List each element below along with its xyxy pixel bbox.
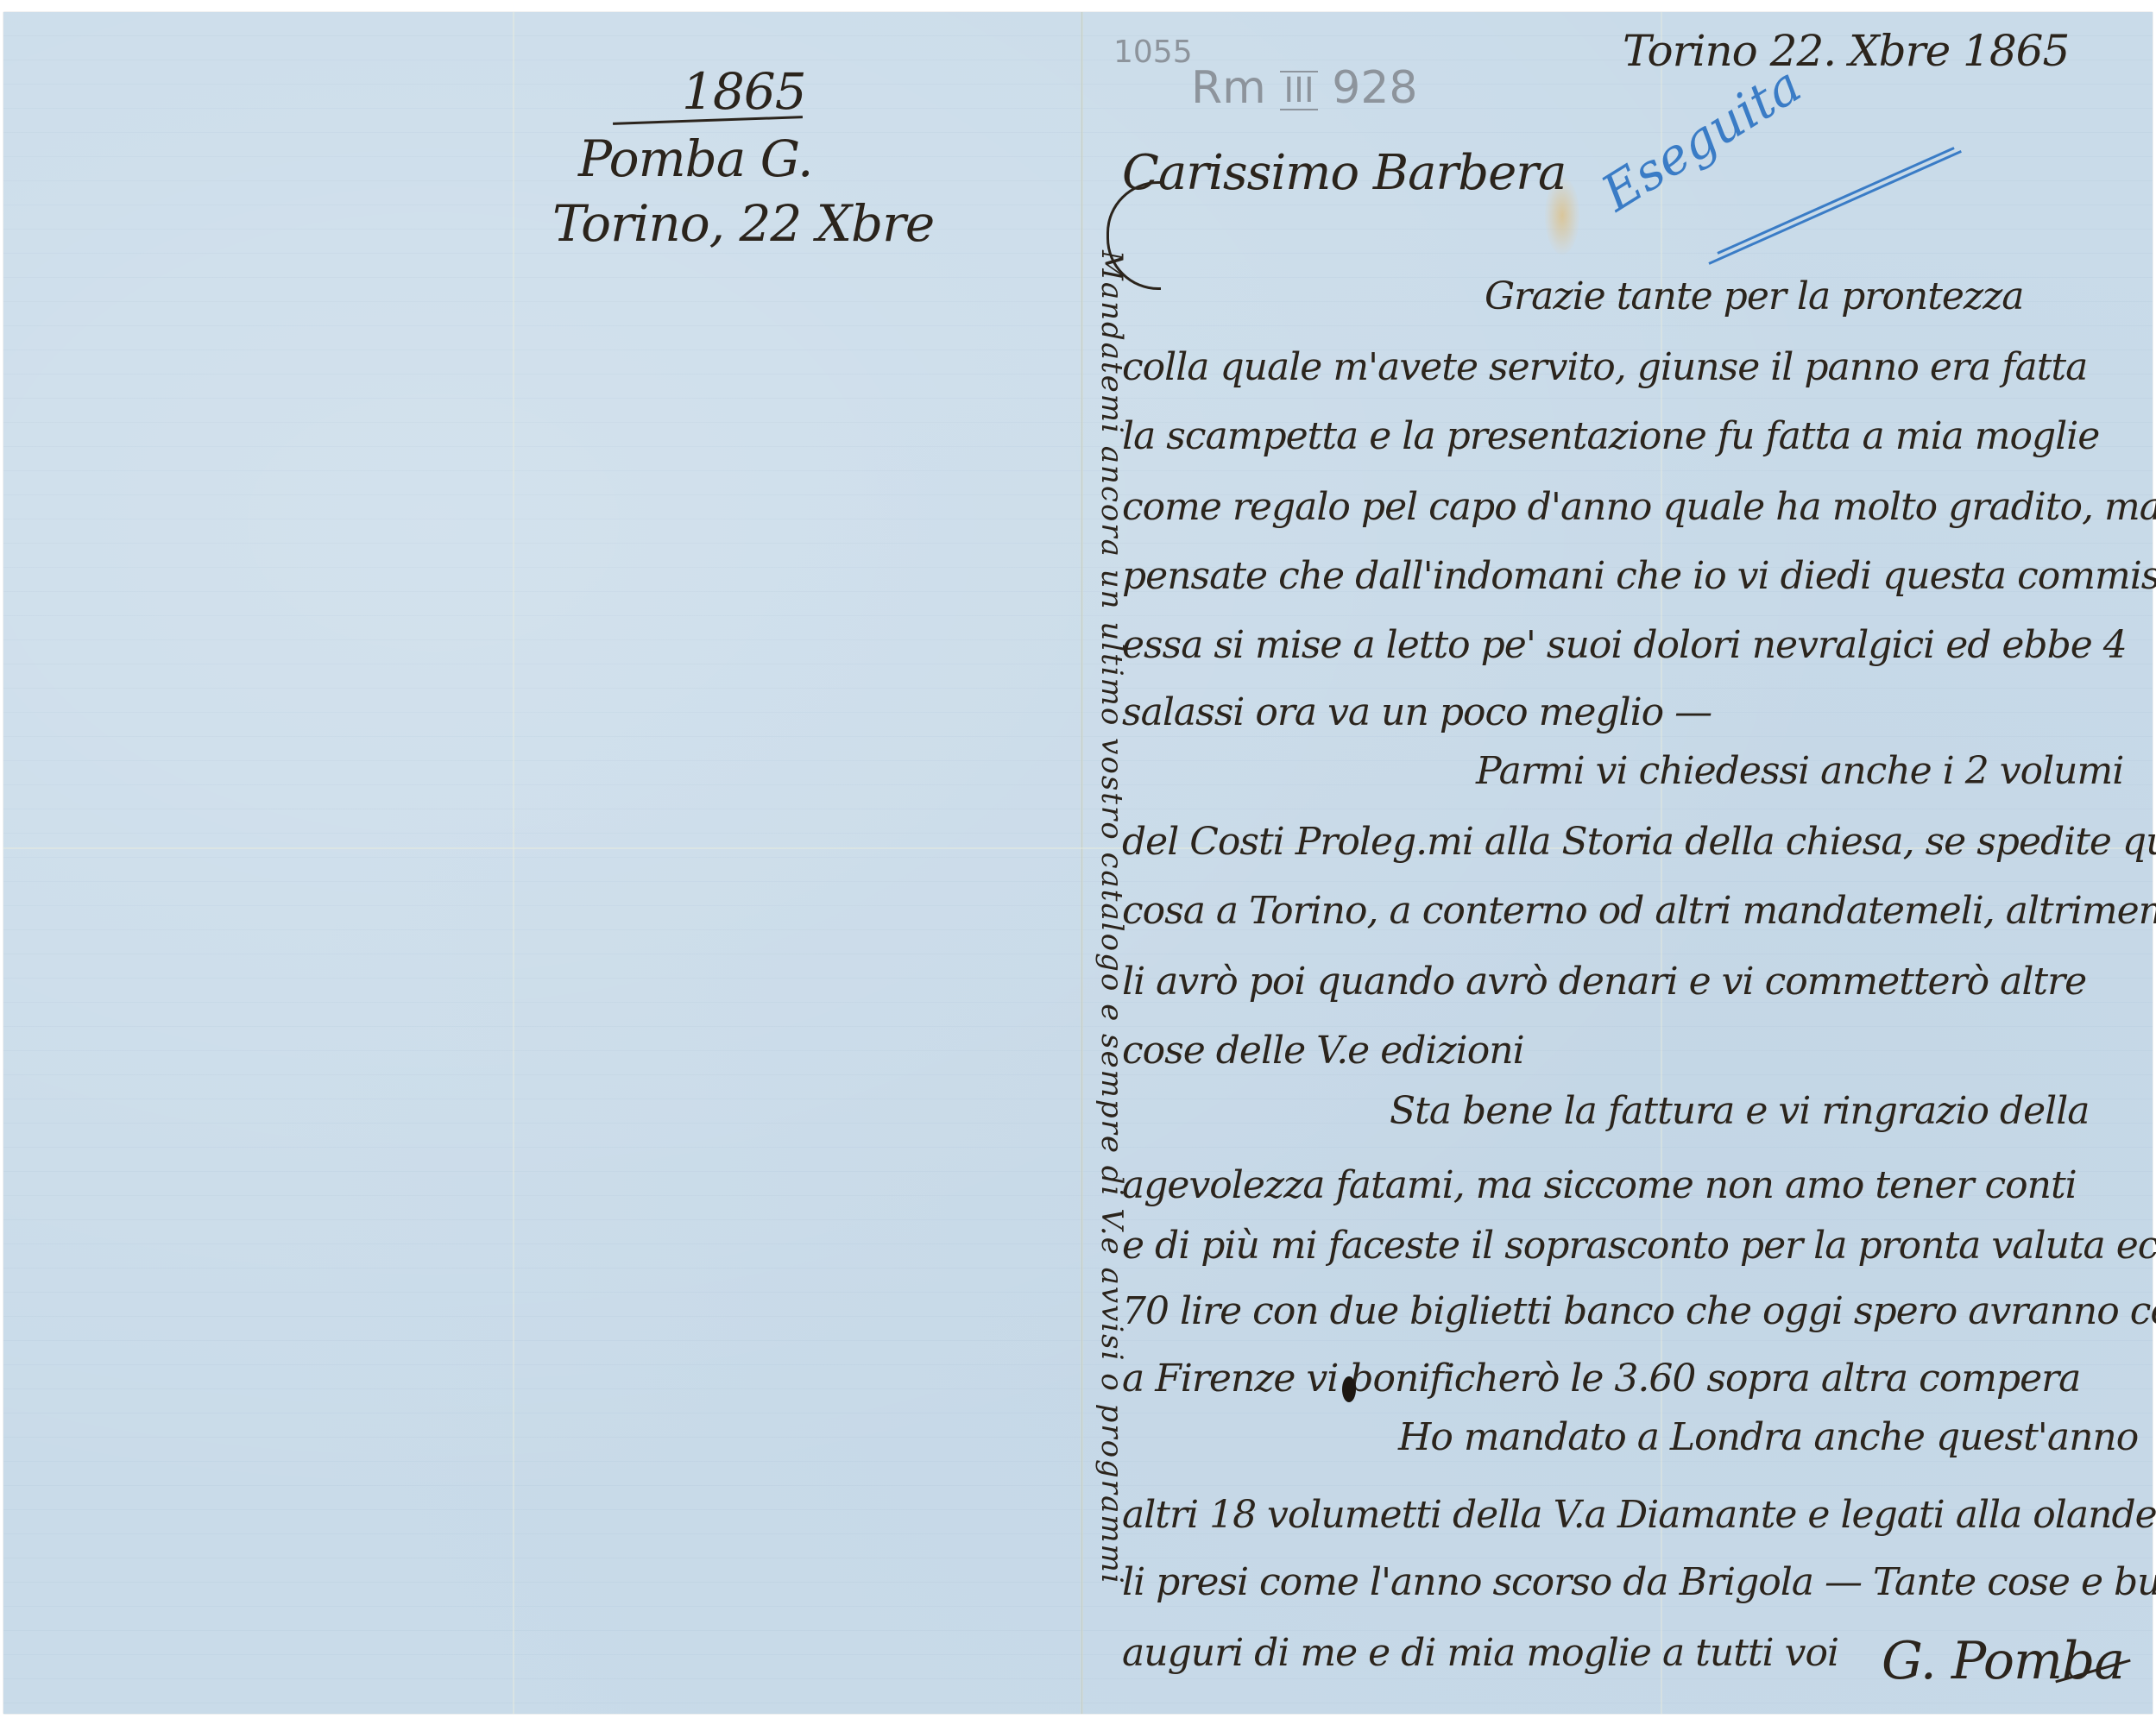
body-line: del Costi Proleg.mi alla Storia della ch… xyxy=(1122,820,2156,864)
body-line: Sta bene la fattura e vi ringrazio della xyxy=(1390,1089,2090,1133)
archive-ref-volume: III xyxy=(1280,71,1317,110)
body-line: pensate che dall'indomani che io vi died… xyxy=(1122,554,2156,598)
body-line: 70 lire con due biglietti banco che oggi… xyxy=(1122,1289,2156,1333)
archive-ref-number: 928 xyxy=(1332,62,1417,114)
body-line: auguri di me e di mia moglie a tutti voi xyxy=(1122,1631,1838,1675)
fold-crease-left xyxy=(513,12,514,1714)
docket-year: 1865 xyxy=(682,62,806,121)
ink-blot xyxy=(1342,1376,1356,1402)
body-line: Ho mandato a Londra anche quest'anno xyxy=(1398,1415,2138,1459)
body-line: cosa a Torino, a conterno od altri manda… xyxy=(1122,889,2156,933)
salutation: Carissimo Barbera xyxy=(1122,145,1566,201)
body-line: la scampetta e la presentazione fu fatta… xyxy=(1122,414,2099,458)
body-line: cose delle V.e edizioni xyxy=(1122,1029,1524,1073)
archive-number: 1055 xyxy=(1113,35,1193,70)
letter-dateline: Torino 22. Xbre 1865 xyxy=(1623,26,2069,76)
body-line: Parmi vi chiedessi anche i 2 volumi xyxy=(1476,749,2123,793)
body-line: altri 18 volumetti della V.a Diamante e … xyxy=(1122,1493,2156,1537)
archive-ref-prefix: Rm xyxy=(1191,62,1266,114)
body-line: li avrò poi quando avrò denari e vi comm… xyxy=(1122,960,2086,1004)
docket-sender: Pomba G. xyxy=(578,129,812,188)
body-line: agevolezza fatami, ma siccome non amo te… xyxy=(1122,1163,2077,1207)
body-line: li presi come l'anno scorso da Brigola —… xyxy=(1122,1560,2156,1604)
body-line: a Firenze vi bonificherò le 3.60 sopra a… xyxy=(1122,1357,2080,1401)
body-line: colla quale m'avete servito, giunse il p… xyxy=(1122,345,2087,389)
margin-note-vertical: Mandatemi ancora un ultimo vostro catalo… xyxy=(1094,250,1129,1585)
archive-reference: Rm III 928 xyxy=(1191,62,1418,114)
body-line: salassi ora va un poco meglio — xyxy=(1122,690,1712,734)
body-line: Grazie tante per la prontezza xyxy=(1485,274,2024,318)
signature: G. Pomba xyxy=(1882,1631,2124,1691)
center-fold xyxy=(1081,12,1083,1714)
body-line: essa si mise a letto pe' suoi dolori nev… xyxy=(1122,623,2127,667)
body-line: e di più mi faceste il soprasconto per l… xyxy=(1122,1224,2156,1268)
docket-place-date: Torino, 22 Xbre xyxy=(552,194,934,253)
body-line: come regalo pel capo d'anno quale ha mol… xyxy=(1122,485,2156,529)
